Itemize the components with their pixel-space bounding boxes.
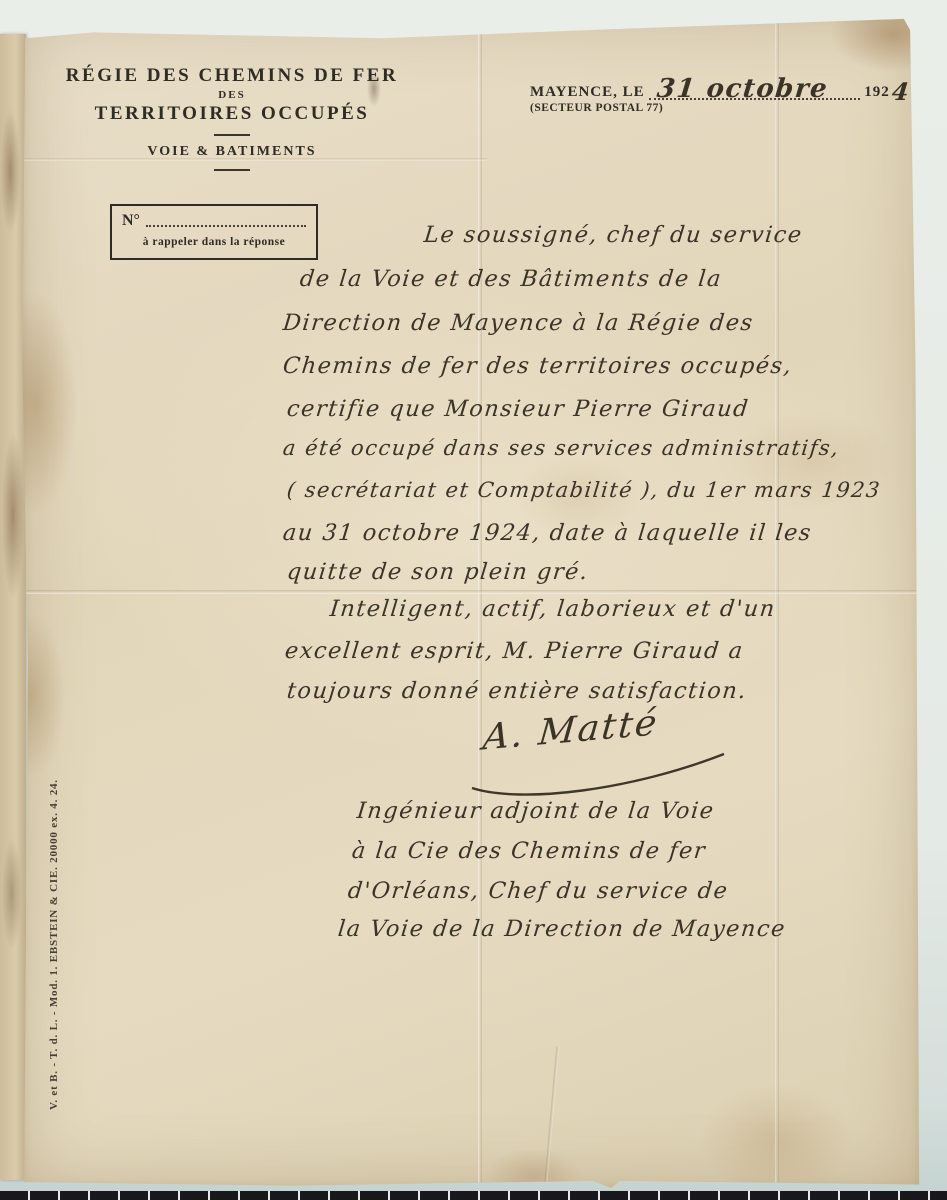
measuring-ruler	[0, 1191, 947, 1200]
body-line: au 31 octobre 1924, date à laquelle il l…	[282, 520, 814, 546]
handwritten-date: 31 octobre	[655, 74, 829, 104]
printer-imprint: V. et B. - T. d. L. - Mod. 1. EBSTEIN & …	[48, 758, 60, 1110]
number-label: N°	[122, 212, 140, 230]
diagonal-crease	[544, 1046, 560, 1191]
body-line: certifie que Monsieur Pierre Giraud	[286, 396, 751, 422]
division-name: VOIE & BATIMENTS	[62, 144, 402, 160]
signer-title-line: Ingénieur adjoint de la Voie	[356, 798, 716, 824]
place-label: MAYENCE, LE	[530, 84, 645, 101]
body-line: a été occupé dans ses services administr…	[282, 436, 841, 460]
number-dotted-line	[146, 213, 306, 227]
body-line: quitte de son plein gré.	[286, 559, 590, 585]
body-line: Chemins de fer des territoires occupés,	[282, 353, 794, 379]
horizontal-fold-crease	[22, 590, 920, 594]
divider-rule	[214, 134, 250, 136]
photo-of-letter: RÉGIE DES CHEMINS DE FER DES TERRITOIRES…	[0, 0, 947, 1200]
body-line: ( secrétariat et Comptabilité ), du 1er …	[286, 478, 882, 502]
org-name-line2: DES	[62, 89, 402, 101]
body-line: Le soussigné, chef du service	[423, 222, 804, 248]
signature-flourish	[462, 716, 742, 806]
reference-number-box: N° à rappeler dans la réponse	[110, 204, 318, 260]
divider-rule	[214, 169, 250, 171]
signer-title-line: à la Cie des Chemins de fer	[351, 838, 708, 864]
body-line: Intelligent, actif, laborieux et d'un	[329, 596, 777, 622]
letter-sheet: RÉGIE DES CHEMINS DE FER DES TERRITOIRES…	[22, 16, 920, 1188]
org-name-line3: TERRITOIRES OCCUPÉS	[62, 103, 402, 125]
letterhead: RÉGIE DES CHEMINS DE FER DES TERRITOIRES…	[62, 66, 402, 171]
printed-year-prefix: 192	[864, 84, 890, 101]
place-date-block: MAYENCE, LE 31 octobre 192 4 (SECTEUR PO…	[530, 82, 910, 114]
body-line: Direction de Mayence à la Régie des	[282, 310, 755, 336]
second-sheet-edge	[0, 34, 26, 1180]
number-note: à rappeler dans la réponse	[122, 236, 306, 248]
body-line: toujours donné entière satisfaction.	[286, 678, 749, 704]
body-line: de la Voie et des Bâtiments de la	[299, 266, 724, 292]
org-name-line1: RÉGIE DES CHEMINS DE FER	[62, 66, 402, 87]
signer-title-line: la Voie de la Direction de Mayence	[337, 916, 788, 942]
handwritten-year-digit: 4	[891, 82, 911, 101]
date-dotted-line: 31 octobre	[649, 84, 861, 100]
signer-title-line: d'Orléans, Chef du service de	[347, 878, 730, 904]
body-line: excellent esprit, M. Pierre Giraud a	[284, 638, 745, 664]
